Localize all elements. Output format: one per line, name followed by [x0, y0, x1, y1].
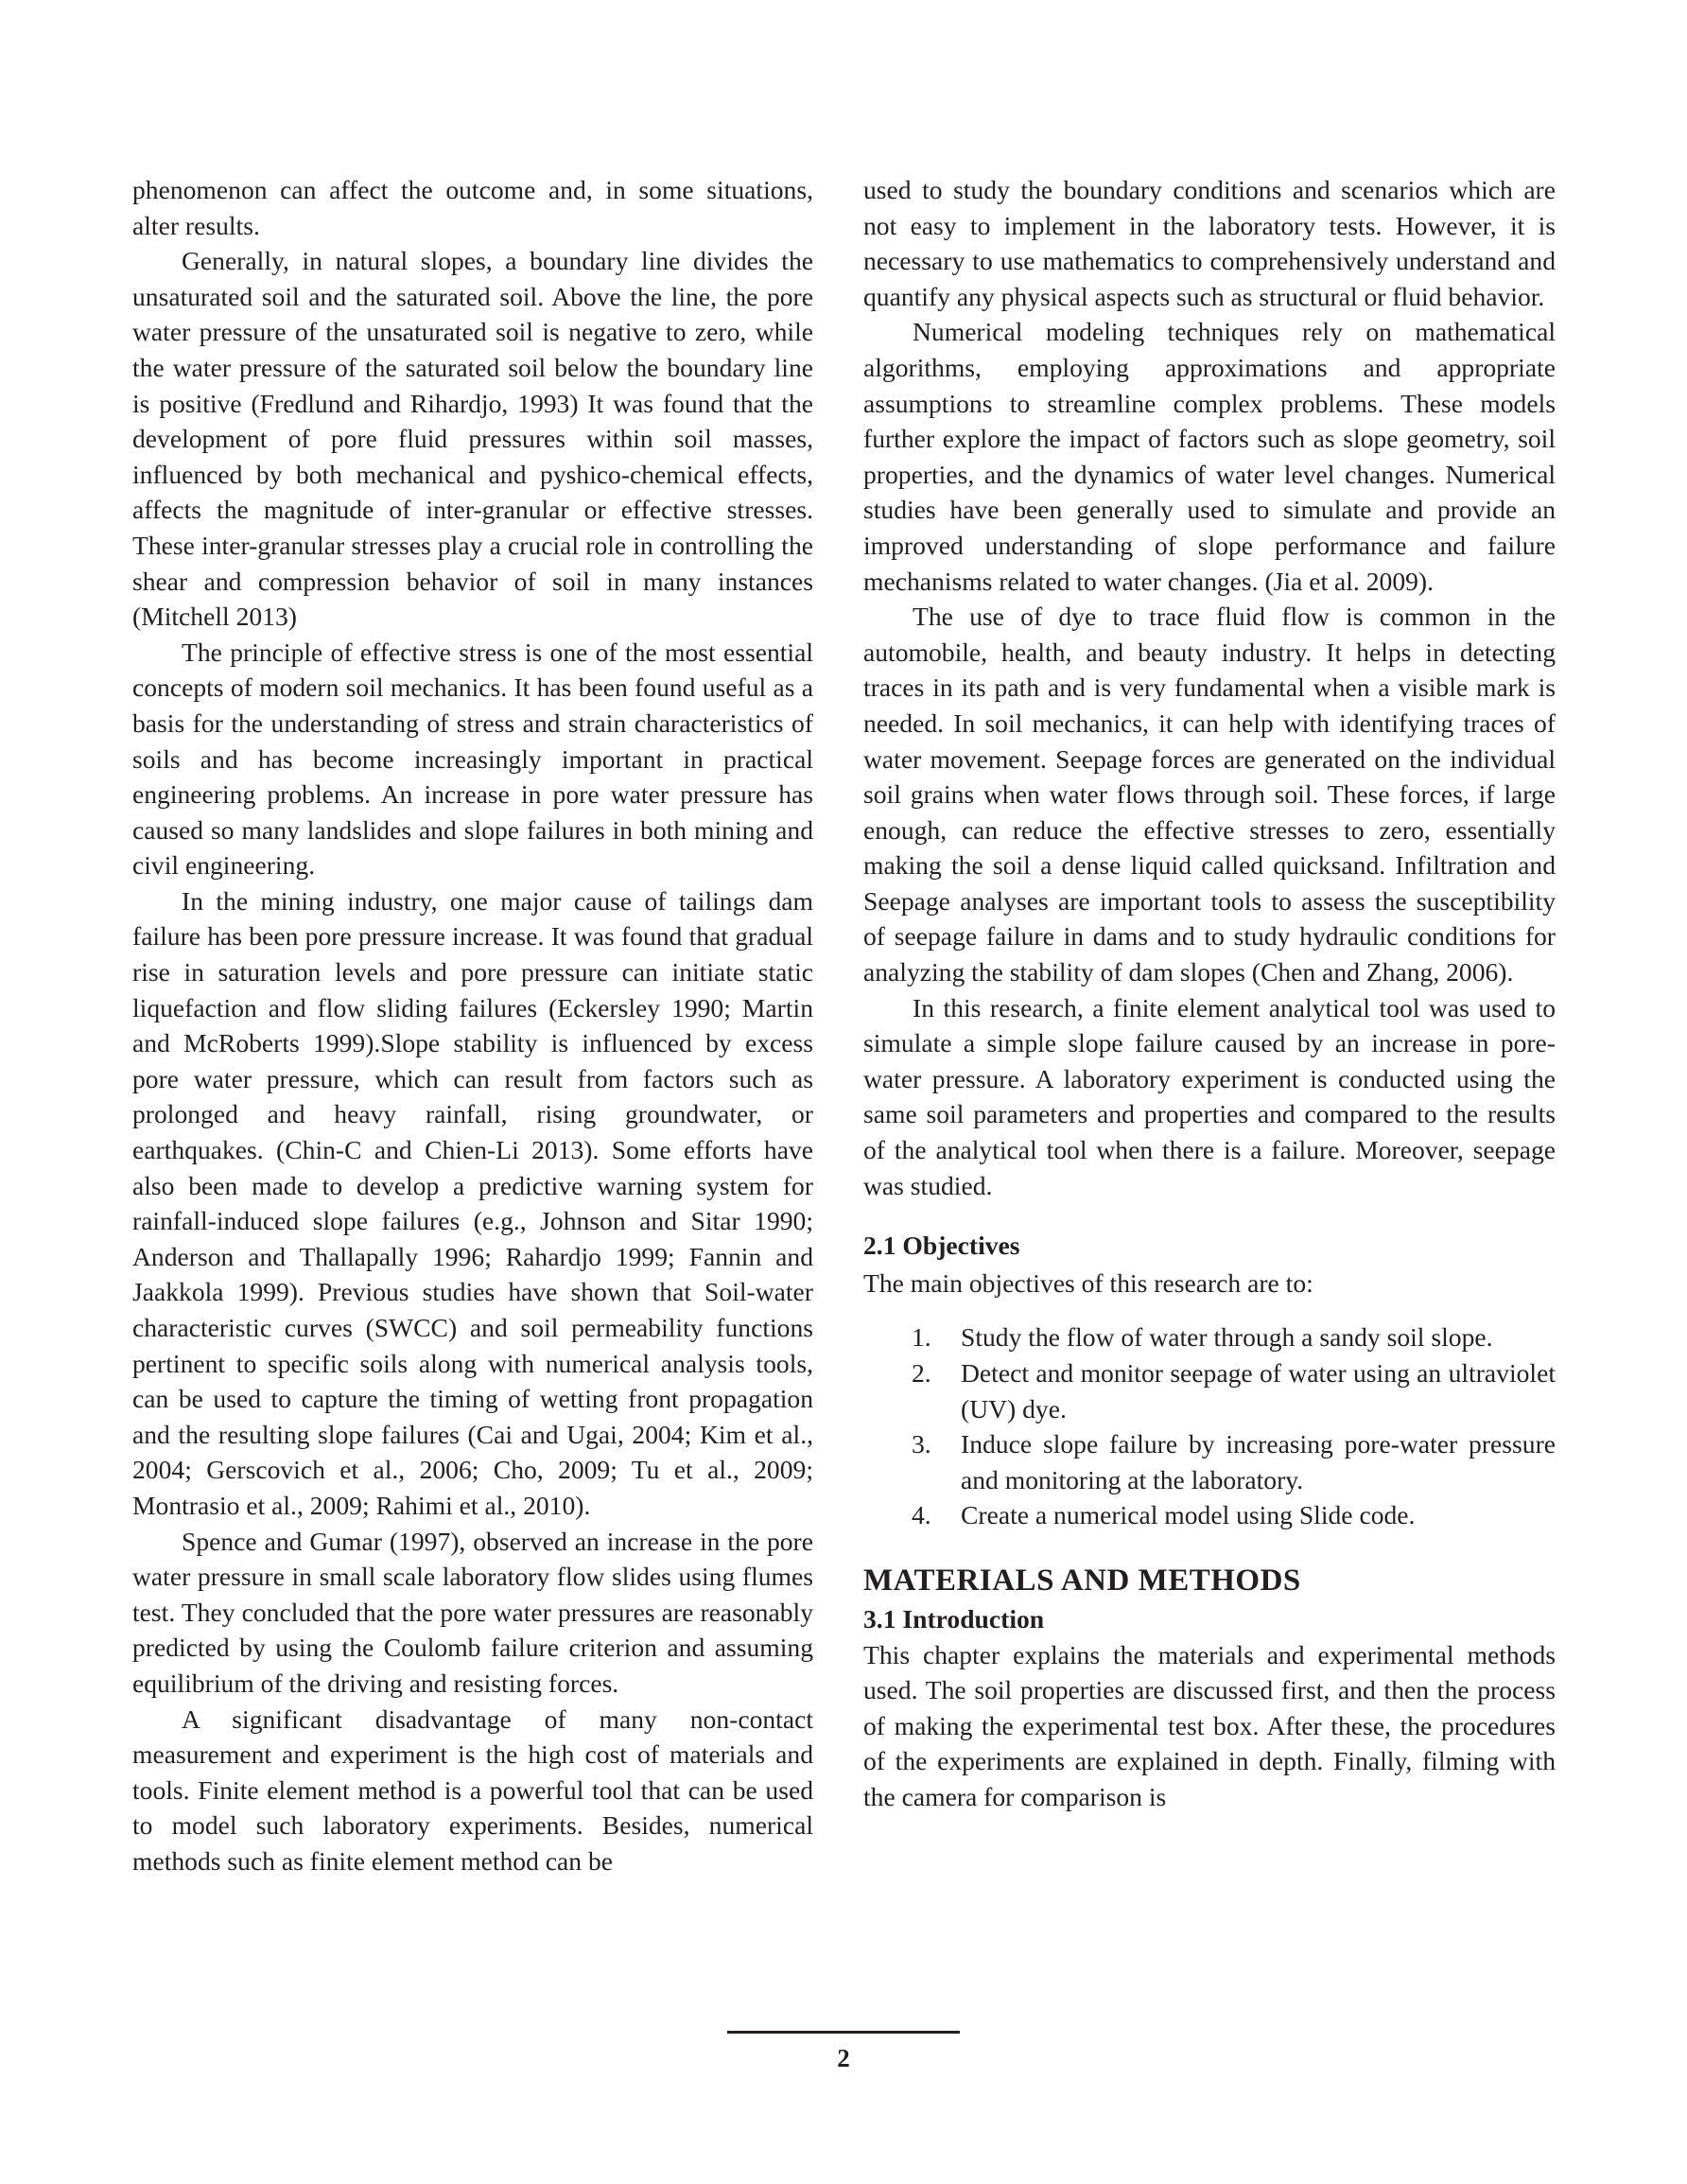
section-heading: MATERIALS AND METHODS [863, 1562, 1556, 1599]
objective-item: 4. Create a numerical model using Slide … [961, 1497, 1556, 1533]
paragraph: The principle of effective stress is one… [132, 635, 813, 883]
objective-item: 1. Study the flow of water through a san… [961, 1319, 1556, 1355]
footer-rule [727, 2031, 960, 2034]
paragraph: phenomenon can affect the outcome and, i… [132, 172, 813, 243]
paragraph: This chapter explains the materials and … [863, 1637, 1556, 1815]
objective-item: 2. Detect and monitor seepage of water u… [961, 1355, 1556, 1426]
paragraph: Spence and Gumar (1997), observed an inc… [132, 1524, 813, 1702]
paragraph: In the mining industry, one major cause … [132, 883, 813, 1524]
left-column: phenomenon can affect the outcome and, i… [132, 172, 813, 1879]
objective-text: Induce slope failure by increasing pore-… [961, 1429, 1556, 1494]
paragraph: A significant disadvantage of many non-c… [132, 1702, 813, 1879]
objectives-list: 1. Study the flow of water through a san… [863, 1319, 1556, 1533]
objective-number: 3. [912, 1426, 931, 1462]
paragraph: used to study the boundary conditions an… [863, 172, 1556, 314]
paragraph: Generally, in natural slopes, a boundary… [132, 243, 813, 635]
paragraph: Numerical modeling techniques rely on ma… [863, 314, 1556, 599]
objectives-heading: 2.1 Objectives [863, 1228, 1556, 1264]
right-column: used to study the boundary conditions an… [863, 172, 1556, 1815]
paragraph: In this research, a finite element analy… [863, 990, 1556, 1204]
objective-number: 2. [912, 1355, 931, 1391]
document-page: phenomenon can affect the outcome and, i… [0, 0, 1687, 2184]
paragraph: The use of dye to trace fluid flow is co… [863, 599, 1556, 990]
objective-text: Create a numerical model using Slide cod… [961, 1500, 1415, 1529]
subsection-heading: 3.1 Introduction [863, 1601, 1556, 1637]
objective-text: Detect and monitor seepage of water usin… [961, 1358, 1556, 1424]
page-number: 2 [0, 2041, 1687, 2075]
objectives-intro: The main objectives of this research are… [863, 1266, 1556, 1302]
objective-number: 4. [912, 1497, 931, 1533]
objective-text: Study the flow of water through a sandy … [961, 1322, 1493, 1352]
objective-number: 1. [912, 1319, 931, 1355]
objective-item: 3. Induce slope failure by increasing po… [961, 1426, 1556, 1497]
